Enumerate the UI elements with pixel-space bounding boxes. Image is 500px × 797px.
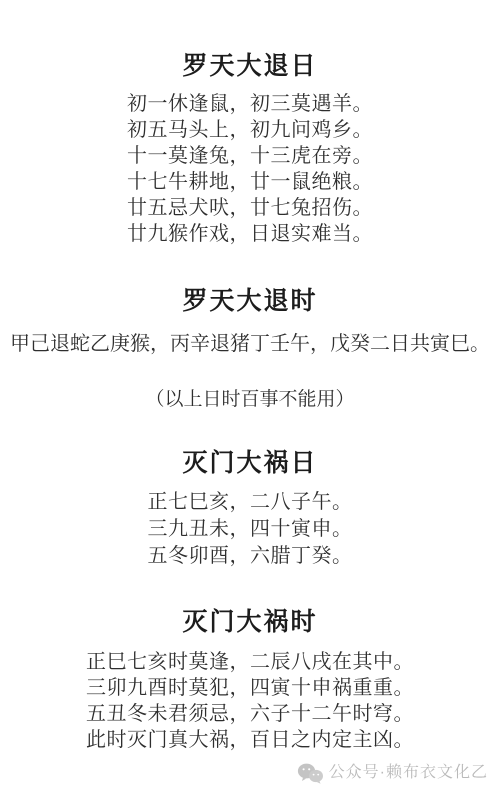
verse-miemen-dahuo-shi: 正巳七亥时莫逢，二辰八戌在其中。 三卯九酉时莫犯，四寅十申祸重重。 五丑冬未君须… bbox=[0, 649, 500, 753]
verse-line: 正七巳亥，二八子午。 bbox=[0, 489, 500, 516]
wechat-bubbles-icon bbox=[297, 763, 324, 784]
verse-luotian-datui-ri: 初一休逢鼠，初三莫遇羊。 初五马头上，初九问鸡乡。 十一莫逢兔，十三虎在旁。 十… bbox=[0, 91, 500, 247]
verse-line: 正巳七亥时莫逢，二辰八戌在其中。 bbox=[0, 649, 500, 675]
verse-line: 廿五忌犬吠，廿七兔招伤。 bbox=[0, 195, 500, 221]
verse-line: 三卯九酉时莫犯，四寅十申祸重重。 bbox=[0, 675, 500, 701]
verse-line: 甲己退蛇乙庚猴，丙辛退猪丁壬午，戊癸二日共寅巳。 bbox=[0, 331, 500, 357]
verse-miemen-dahuo-ri: 正七巳亥，二八子午。 三九丑未，四十寅申。 五冬卯酉，六腊丁癸。 bbox=[0, 489, 500, 570]
section-title-miemen-dahuo-ri: 灭门大祸日 bbox=[0, 447, 500, 479]
watermark-text: 公众号·赖布衣文化乙 bbox=[329, 762, 488, 784]
section-title-miemen-dahuo-shi: 灭门大祸时 bbox=[0, 606, 500, 638]
verse-line: 初一休逢鼠，初三莫遇羊。 bbox=[0, 91, 500, 117]
verse-line: 此时灭门真大祸，百日之内定主凶。 bbox=[0, 727, 500, 753]
section-title-luotian-datui-ri: 罗天大退日 bbox=[0, 0, 500, 82]
section-title-luotian-datui-shi: 罗天大退时 bbox=[0, 285, 500, 317]
verse-line: 五冬卯酉，六腊丁癸。 bbox=[0, 543, 500, 570]
verse-line: 十一莫逢兔，十三虎在旁。 bbox=[0, 143, 500, 169]
verse-line: 初五马头上，初九问鸡乡。 bbox=[0, 117, 500, 143]
verse-line: 五丑冬未君须忌，六子十二午时穹。 bbox=[0, 701, 500, 727]
verse-line: 三九丑未，四十寅申。 bbox=[0, 516, 500, 543]
watermark: 公众号·赖布衣文化乙 bbox=[297, 762, 488, 784]
verse-line: 廿九猴作戏，日退实难当。 bbox=[0, 221, 500, 247]
verse-line: 十七牛耕地，廿一鼠绝粮。 bbox=[0, 169, 500, 195]
usage-note: （以上日时百事不能用） bbox=[0, 388, 500, 412]
almanac-page: 罗天大退日 初一休逢鼠，初三莫遇羊。 初五马头上，初九问鸡乡。 十一莫逢兔，十三… bbox=[0, 0, 500, 797]
